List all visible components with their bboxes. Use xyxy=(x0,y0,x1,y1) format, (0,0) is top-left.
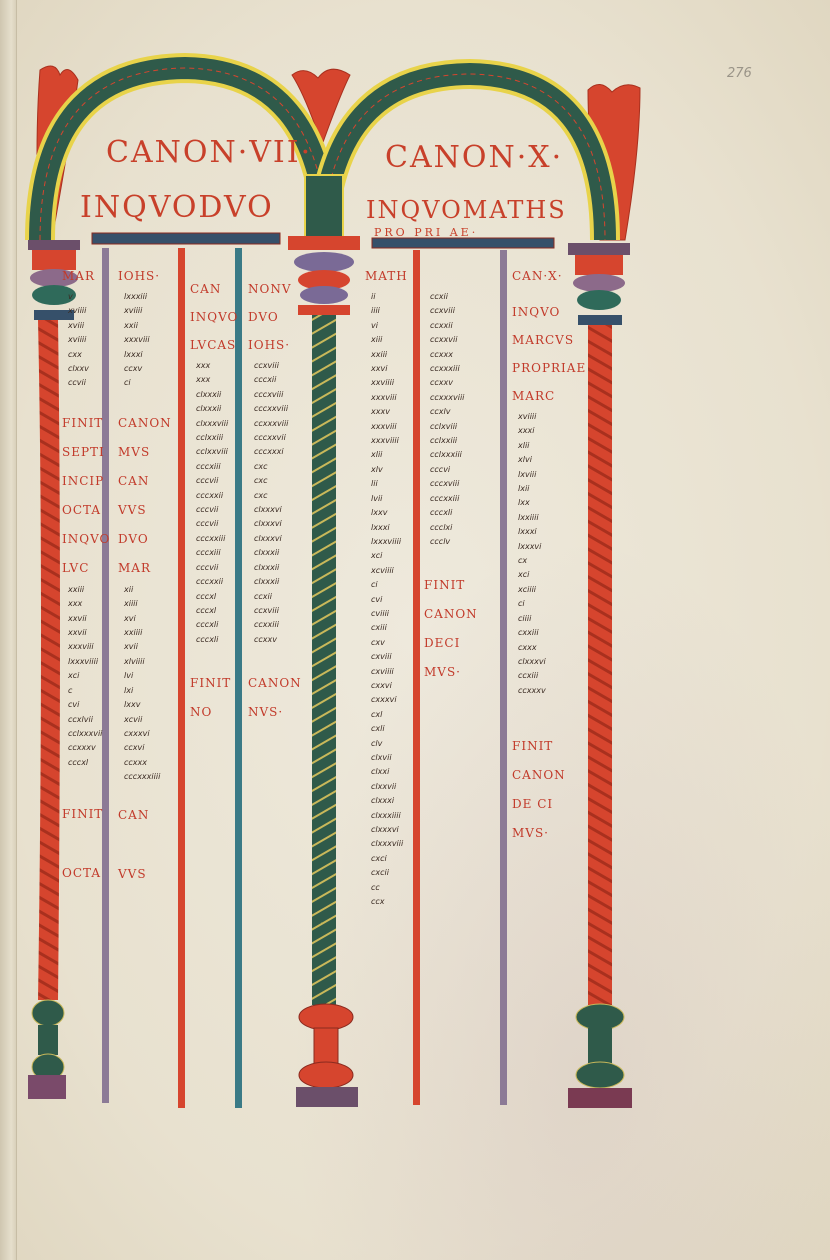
numeral: cvi xyxy=(62,698,102,712)
numeral: cccvii xyxy=(190,474,238,488)
numeral: cxxiii xyxy=(512,626,592,640)
numeral: xci xyxy=(512,568,592,582)
numeral: cxv xyxy=(365,636,427,650)
numeral: iiii xyxy=(365,304,427,318)
rubric: INCIP xyxy=(62,467,102,496)
right-lintel xyxy=(372,238,554,248)
column-header: CAN xyxy=(190,275,238,303)
numeral: cccxiii xyxy=(190,460,238,474)
numeral: cccxxiii xyxy=(190,532,238,546)
arch-junction xyxy=(305,175,343,237)
numeral: vi xyxy=(365,319,427,333)
numeral: xviiii xyxy=(62,333,102,347)
numeral: lxi xyxy=(118,684,180,698)
manuscript-page: 276 xyxy=(0,0,830,1260)
rubric: MVS· xyxy=(512,819,592,848)
numeral: xciiii xyxy=(512,583,592,597)
column-header: MARC xyxy=(512,382,592,410)
numeral: cccxl xyxy=(190,604,238,618)
numeral: cccxxii xyxy=(190,575,238,589)
rubric: CANON xyxy=(512,761,592,790)
numeral: clv xyxy=(365,737,427,751)
numeral: clxxxiiii xyxy=(365,809,427,823)
numeral: xxxviii xyxy=(365,420,427,434)
numeral: cxcii xyxy=(365,866,427,880)
numeral: cccxli xyxy=(190,618,238,632)
numeral: lxxxviiii xyxy=(62,655,102,669)
numeral: cclxxviii xyxy=(190,445,238,459)
column-header: IOHS· xyxy=(248,331,310,359)
rubric: CAN xyxy=(118,467,180,496)
numeral: cccvii xyxy=(190,517,238,531)
numeral: cxviii xyxy=(365,650,427,664)
canon-column-6: ccxii ccxviii ccxxii ccxxvii ccxxx ccxxx… xyxy=(424,290,486,687)
numeral: ccxii xyxy=(424,290,486,304)
numeral: ccxxxviii xyxy=(424,391,486,405)
right-arch-subtitle: INQVOMATHS xyxy=(366,196,567,224)
rubric: SEPTI xyxy=(62,438,102,467)
numeral: clxxxii xyxy=(190,402,238,416)
rubric: FINIT xyxy=(62,409,102,438)
numeral: ci xyxy=(118,376,180,390)
numeral: lvi xyxy=(118,669,180,683)
numeral: cvi xyxy=(365,593,427,607)
numeral: xviiii xyxy=(62,304,102,318)
numeral: xxxviii xyxy=(62,640,102,654)
numeral: xlii xyxy=(365,448,427,462)
middle-column-shaft xyxy=(312,315,336,1005)
numeral: ccxlv xyxy=(424,405,486,419)
numeral: clxxxvi xyxy=(512,655,592,669)
numeral: xiii xyxy=(365,333,427,347)
numeral: cxc xyxy=(248,460,310,474)
numeral: lxxv xyxy=(118,698,180,712)
numeral: cclxxxiii xyxy=(424,448,486,462)
rubric: MAR xyxy=(118,554,180,583)
numeral: ccxxvii xyxy=(424,333,486,347)
numeral: xxx xyxy=(190,359,238,373)
numeral: cccxxxi xyxy=(248,445,310,459)
left-arch-title: CANON·VII· xyxy=(106,135,312,170)
numeral: xxxv xyxy=(365,405,427,419)
rubric: DE CI xyxy=(512,790,592,819)
numeral: lxxxi xyxy=(118,348,180,362)
numeral: c xyxy=(62,684,102,698)
column-header: MARCVS xyxy=(512,326,592,354)
numeral: clxxxvi xyxy=(248,517,310,531)
canon-column-3: CAN INQVO LVCAS xxx xxx clxxxii clxxxii … xyxy=(190,275,238,727)
numeral: ccxxxv xyxy=(512,684,592,698)
numeral: ccxviii xyxy=(248,604,310,618)
right-arch-title: CANON·X· xyxy=(385,140,563,175)
numeral: cxl xyxy=(365,708,427,722)
numeral: cccvii xyxy=(190,561,238,575)
numeral: clxxi xyxy=(365,765,427,779)
numeral: clxxxviii xyxy=(190,417,238,431)
rubric: OCTA xyxy=(62,496,102,525)
numeral: lxxxi xyxy=(512,525,592,539)
numeral: xxvi xyxy=(365,362,427,376)
numeral: ci xyxy=(512,597,592,611)
numeral: ccxiii xyxy=(512,669,592,683)
numeral: clxxxii xyxy=(248,561,310,575)
numeral: lvii xyxy=(365,492,427,506)
numeral: cccxiii xyxy=(190,546,238,560)
numeral: cxviiii xyxy=(365,665,427,679)
numeral: xlii xyxy=(512,439,592,453)
numeral: xviiii xyxy=(118,304,180,318)
numeral: xvi xyxy=(118,612,180,626)
rubric: FINIT xyxy=(512,732,592,761)
numeral: cclxxiii xyxy=(190,431,238,445)
column-header: PROPRIAE xyxy=(512,354,592,382)
numeral: cccxxiii xyxy=(424,492,486,506)
numeral: cx xyxy=(512,554,592,568)
numeral: clxxxvi xyxy=(365,823,427,837)
rubric: MVS· xyxy=(424,658,486,687)
numeral: xxiii xyxy=(62,583,102,597)
numeral: cccxli xyxy=(190,633,238,647)
numeral: ccxxx xyxy=(424,348,486,362)
canon-column-4: NONV DVO IOHS· ccxviii cccxii cccxviii c… xyxy=(248,275,310,727)
numeral: ccxv xyxy=(118,362,180,376)
numeral: xci xyxy=(365,549,427,563)
numeral: xxiiii xyxy=(118,626,180,640)
numeral: cccxii xyxy=(248,373,310,387)
canon-column-7: CAN·X· INQVO MARCVS PROPRIAE MARC xviiii… xyxy=(512,262,592,848)
numeral: ccxxx xyxy=(118,756,180,770)
numeral: clxvii xyxy=(365,751,427,765)
numeral: xxx xyxy=(190,373,238,387)
numeral: xxx xyxy=(62,597,102,611)
numeral: lxii xyxy=(512,482,592,496)
numeral: v xyxy=(62,290,102,304)
numeral: cccxxxiiii xyxy=(118,770,180,784)
numeral: xiiii xyxy=(118,597,180,611)
column-header: LVCAS xyxy=(190,331,238,359)
numeral: cxci xyxy=(365,852,427,866)
rubric: NVS· xyxy=(248,698,310,727)
numeral: ccxxiii xyxy=(248,618,310,632)
numeral: ccclv xyxy=(424,535,486,549)
rubric: VVS xyxy=(118,496,180,525)
numeral: cccxxvii xyxy=(248,431,310,445)
column-header: NONV xyxy=(248,275,310,303)
numeral: xxvii xyxy=(62,626,102,640)
divider-purple-1 xyxy=(102,248,109,1103)
numeral: ccxxxiii xyxy=(424,362,486,376)
numeral: xxii xyxy=(118,319,180,333)
numeral: cxc xyxy=(248,474,310,488)
numeral: xxxi xyxy=(512,424,592,438)
numeral: cxx xyxy=(62,348,102,362)
numeral: ccxxv xyxy=(424,376,486,390)
canon-column-2: IOHS· lxxxiii xviiii xxii xxxviii lxxxi … xyxy=(118,262,180,889)
numeral: xxvii xyxy=(62,612,102,626)
numeral: ccxxii xyxy=(424,319,486,333)
rubric: FINIT xyxy=(424,571,486,600)
column-header: INQVO xyxy=(190,303,238,331)
canon-column-1: MAR v xviiii xviii xviiii cxx clxxv ccvi… xyxy=(62,262,102,888)
numeral: lxx xyxy=(512,496,592,510)
rubric: INQVO xyxy=(62,525,102,554)
numeral: lxxiiii xyxy=(512,511,592,525)
numeral: ccxviii xyxy=(248,359,310,373)
numeral: xxviiii xyxy=(365,376,427,390)
right-column-base xyxy=(568,1004,632,1108)
numeral: cclxxiii xyxy=(424,434,486,448)
numeral: ccx xyxy=(365,895,427,909)
column-header: DVO xyxy=(248,303,310,331)
numeral: ccxii xyxy=(248,590,310,604)
column-header: IOHS· xyxy=(118,262,180,290)
right-arch-propriae: PRO PRI AE· xyxy=(374,226,478,239)
numeral: cxxxvi xyxy=(118,727,180,741)
numeral: lxxxi xyxy=(365,521,427,535)
numeral: ccxxxviii xyxy=(248,417,310,431)
numeral: cxxvi xyxy=(365,679,427,693)
numeral: clxxv xyxy=(62,362,102,376)
numeral: cccxviii xyxy=(248,388,310,402)
numeral: cxc xyxy=(248,489,310,503)
numeral: ci xyxy=(365,578,427,592)
numeral: ccxxv xyxy=(248,633,310,647)
column-header: MATH xyxy=(365,262,427,290)
rubric: FINIT xyxy=(62,800,102,829)
numeral: cxli xyxy=(365,722,427,736)
column-header: CAN·X· xyxy=(512,262,592,290)
canon-column-5: MATH ii iiii vi xiii xxiii xxvi xxviiii … xyxy=(365,262,427,909)
numeral: clxxxii xyxy=(248,575,310,589)
numeral: ii xyxy=(365,290,427,304)
numeral: ccclxi xyxy=(424,521,486,535)
numeral: ciiii xyxy=(512,612,592,626)
numeral: lii xyxy=(365,477,427,491)
rubric: VVS xyxy=(118,860,180,889)
left-lintel xyxy=(92,233,280,244)
rubric: CAN xyxy=(118,801,180,830)
numeral: clxxxvi xyxy=(248,503,310,517)
numeral: ccxvi xyxy=(118,741,180,755)
numeral: clxxxi xyxy=(365,794,427,808)
numeral: cc xyxy=(365,881,427,895)
numeral: lxxxviiii xyxy=(365,535,427,549)
numeral: ccvii xyxy=(62,376,102,390)
numeral: clxxxviii xyxy=(365,837,427,851)
numeral: cccvii xyxy=(190,503,238,517)
numeral: xlviiii xyxy=(118,655,180,669)
numeral: clxxxvi xyxy=(248,532,310,546)
numeral: clxxxii xyxy=(190,388,238,402)
numeral: cxiii xyxy=(365,621,427,635)
numeral: xxiii xyxy=(365,348,427,362)
numeral: cccxxviii xyxy=(248,402,310,416)
numeral: ccxlvii xyxy=(62,713,102,727)
numeral: cclxviii xyxy=(424,420,486,434)
rubric: DVO xyxy=(118,525,180,554)
numeral: xlvi xyxy=(512,453,592,467)
numeral: clxxvii xyxy=(365,780,427,794)
left-column-base xyxy=(28,1000,66,1099)
column-header: MAR xyxy=(62,262,102,290)
numeral: xviii xyxy=(62,319,102,333)
numeral: ccxxxv xyxy=(62,741,102,755)
numeral: xxxviii xyxy=(118,333,180,347)
numeral: xcvii xyxy=(118,713,180,727)
column-header: INQVO xyxy=(512,298,592,326)
numeral: lxxxvi xyxy=(512,540,592,554)
numeral: xlv xyxy=(365,463,427,477)
numeral: cccvi xyxy=(424,463,486,477)
rubric: CANON xyxy=(118,409,180,438)
numeral: cxxxvi xyxy=(365,693,427,707)
numeral: cccxxii xyxy=(190,489,238,503)
numeral: cccxl xyxy=(62,756,102,770)
numeral: xxxviiii xyxy=(365,434,427,448)
rubric: MVS xyxy=(118,438,180,467)
numeral: xii xyxy=(118,583,180,597)
numeral: cccxviii xyxy=(424,477,486,491)
numeral: clxxxii xyxy=(248,546,310,560)
rubric: CANON xyxy=(248,669,310,698)
numeral: xviiii xyxy=(512,410,592,424)
rubric: NO xyxy=(190,698,238,727)
numeral: cccxl xyxy=(190,590,238,604)
rubric: OCTA xyxy=(62,859,102,888)
rubric: LVC xyxy=(62,554,102,583)
rubric: CANON xyxy=(424,600,486,629)
numeral: cxxx xyxy=(512,641,592,655)
rubric: FINIT xyxy=(190,669,238,698)
left-column-shaft xyxy=(38,320,60,1000)
numeral: xvii xyxy=(118,640,180,654)
numeral: cccxli xyxy=(424,506,486,520)
middle-column-base xyxy=(296,1004,358,1107)
numeral: lxxxiii xyxy=(118,290,180,304)
numeral: xci xyxy=(62,669,102,683)
numeral: xcviiii xyxy=(365,564,427,578)
numeral: cclxxxvii xyxy=(62,727,102,741)
numeral: xxxviii xyxy=(365,391,427,405)
numeral: cviiii xyxy=(365,607,427,621)
numeral: lxxv xyxy=(365,506,427,520)
divider-purple-2 xyxy=(500,250,507,1105)
left-arch-subtitle: INQVODVO xyxy=(80,190,274,225)
numeral: lxviii xyxy=(512,468,592,482)
numeral: ccxviii xyxy=(424,304,486,318)
rubric: DECI xyxy=(424,629,486,658)
